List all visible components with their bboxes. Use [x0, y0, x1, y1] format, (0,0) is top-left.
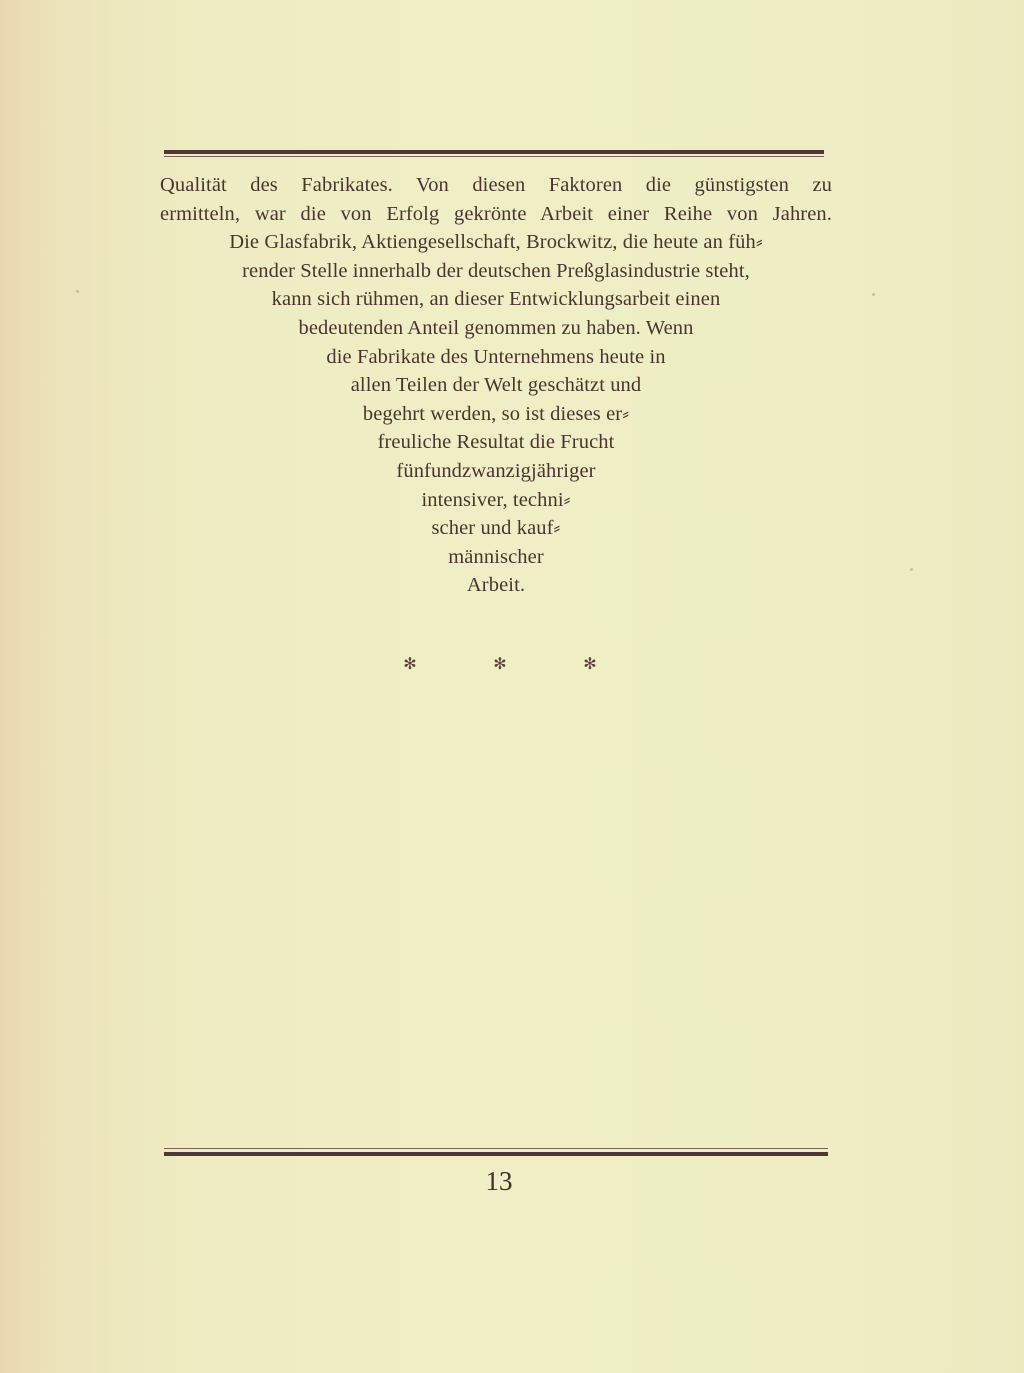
text-line: render Stelle innerhalb der deutschen Pr…	[160, 257, 832, 286]
top-rule-thick	[164, 150, 824, 154]
bottom-rule-thick	[164, 1152, 828, 1156]
body-text: Qualität des Fabrikates. Von diesen Fakt…	[160, 171, 832, 600]
text-line: Qualität des Fabrikates. Von diesen Fakt…	[160, 171, 832, 200]
star-ornament-icon: ✻	[400, 654, 420, 674]
top-rule-thin	[164, 156, 824, 157]
text-line: freuliche Resultat die Frucht	[160, 428, 832, 457]
bottom-rule-thin	[164, 1148, 828, 1149]
paper-speck	[76, 290, 79, 293]
bottom-double-rule	[164, 1148, 828, 1156]
asterism-ornament: ✻ ✻ ✻	[400, 654, 600, 674]
text-line: bedeutenden Anteil genommen zu haben. We…	[160, 314, 832, 343]
page-number: 13	[0, 1166, 998, 1197]
text-line: männischer	[160, 543, 832, 572]
text-line: fünfundzwanzigjähriger	[160, 457, 832, 486]
text-line: Arbeit.	[160, 571, 832, 600]
text-line: ermitteln, war die von Erfolg gekrönte A…	[160, 200, 832, 229]
text-line: intensiver, techni⸗	[160, 486, 832, 515]
text-line: kann sich rühmen, an dieser Entwicklungs…	[160, 285, 832, 314]
book-page: Qualität des Fabrikates. Von diesen Fakt…	[0, 0, 1024, 1373]
text-line: begehrt werden, so ist dieses er⸗	[160, 400, 832, 429]
star-ornament-icon: ✻	[580, 654, 600, 674]
paper-speck	[872, 293, 875, 296]
text-line: Die Glasfabrik, Aktiengesellschaft, Broc…	[160, 228, 832, 257]
star-ornament-icon: ✻	[490, 654, 510, 674]
top-double-rule	[164, 150, 824, 157]
text-line: scher und kauf⸗	[160, 514, 832, 543]
paper-speck	[910, 568, 913, 571]
text-line: die Fabrikate des Unternehmens heute in	[160, 343, 832, 372]
text-line: allen Teilen der Welt geschätzt und	[160, 371, 832, 400]
